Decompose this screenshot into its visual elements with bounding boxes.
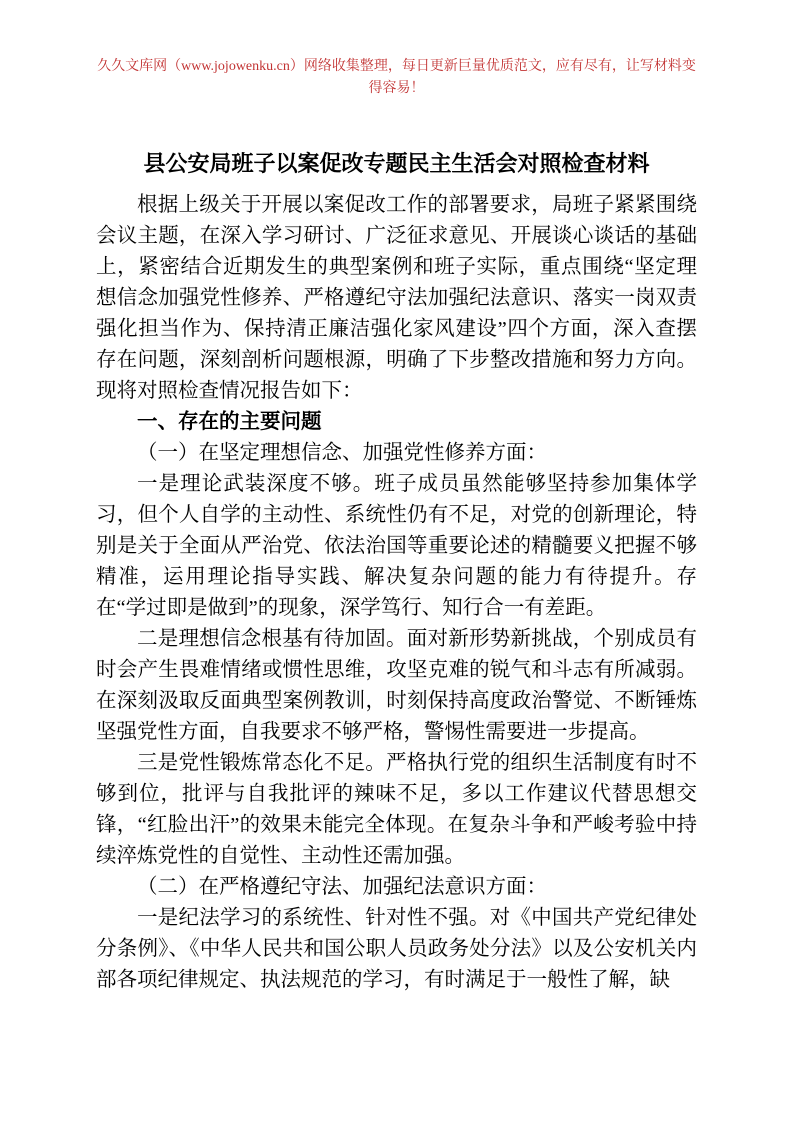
subsection-heading-discipline-law: （二）在严格遵纪守法、加强纪法意识方面：: [96, 872, 697, 903]
document-title: 县公安局班子以案促改专题民主生活会对照检查材料: [0, 149, 793, 179]
paragraph-point-ideal-belief-foundation: 二是理想信念根基有待加固。面对新形势新挑战，个别成员有时会产生畏难情绪或惯性思维…: [96, 624, 697, 748]
paragraph-intro: 根据上级关于开展以案促改工作的部署要求，局班子紧紧围绕会议主题，在深入学习研讨、…: [96, 190, 697, 407]
paragraph-point-discipline-law-study: 一是纪法学习的系统性、针对性不强。对《中国共产党纪律处分条例》、《中华人民共和国…: [96, 903, 697, 996]
watermark-header: 久久文库网（www.jojowenku.cn）网络收集整理，每日更新巨量优质范文…: [92, 56, 701, 100]
section-heading-main-problems: 一、存在的主要问题: [96, 407, 697, 438]
paragraph-point-theory-armament: 一是理论武装深度不够。班子成员虽然能够坚持参加集体学习，但个人自学的主动性、系统…: [96, 469, 697, 624]
paragraph-point-party-spirit-exercise: 三是党性锻炼常态化不足。严格执行党的组织生活制度有时不够到位，批评与自我批评的辣…: [96, 748, 697, 872]
subsection-heading-ideals-party-spirit: （一）在坚定理想信念、加强党性修养方面：: [96, 438, 697, 469]
document-body: 根据上级关于开展以案促改工作的部署要求，局班子紧紧围绕会议主题，在深入学习研讨、…: [96, 190, 697, 996]
document-page: 久久文库网（www.jojowenku.cn）网络收集整理，每日更新巨量优质范文…: [0, 0, 793, 1122]
